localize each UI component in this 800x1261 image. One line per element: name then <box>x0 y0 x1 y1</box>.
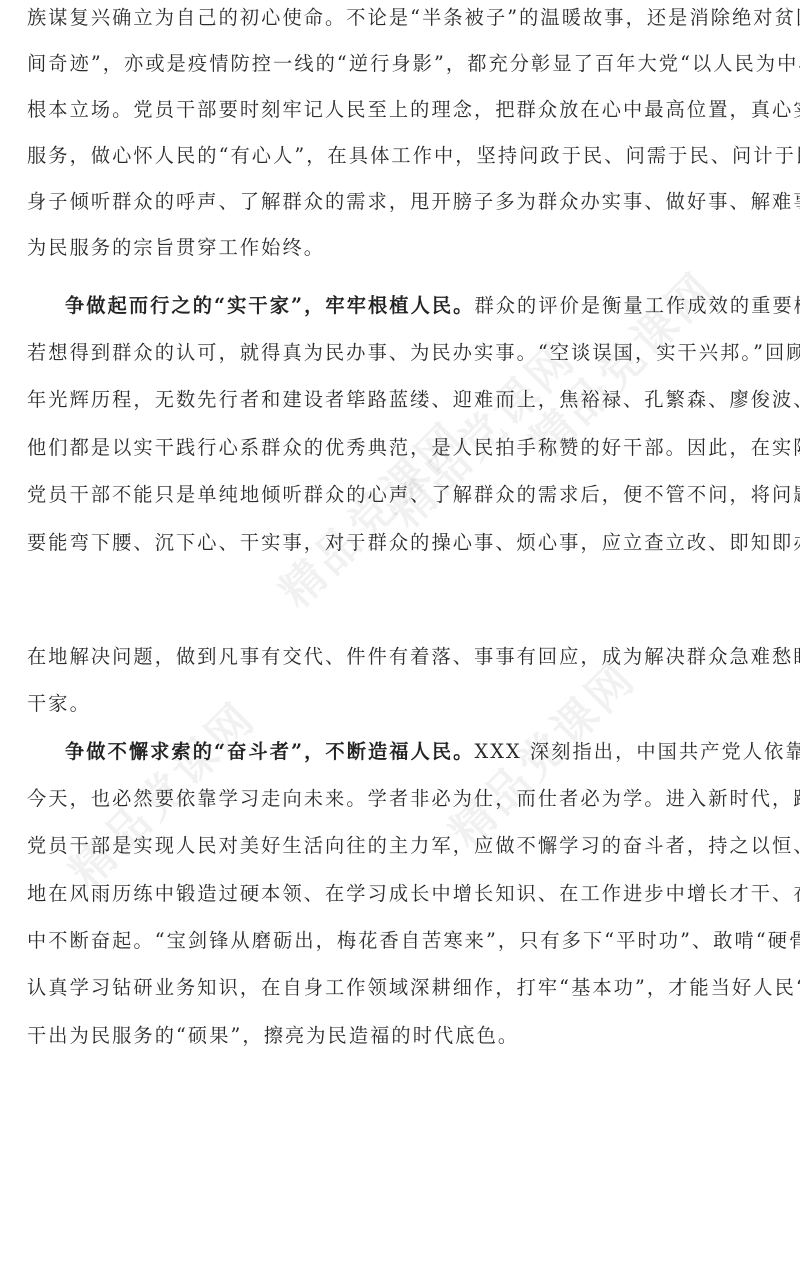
paragraph-line: 干出为民服务的“硕果”，擦亮为民造福的时代底色。 <box>27 1024 773 1048</box>
paragraph-line: 地在风雨历练中锻造过硬本领、在学习成长中增长知识、在工作进步中增长才干、在挫折磨… <box>27 882 773 906</box>
paragraph-line: 族谋复兴确立为自己的初心使命。不论是“半条被子”的温暖故事，还是消除绝对贫困的“… <box>27 6 773 30</box>
paragraph-first-line: 争做起而行之的“实干家”，牢牢根植人民。群众的评价是衡量工作成效的重要标尺，而 <box>65 294 773 318</box>
section-heading: 争做不懈求索的“奋斗者”，不断造福人民。 <box>65 740 474 763</box>
paragraph-line: 今天，也必然要依靠学习走向未来。学者非必为仕，而仕者必为学。进入新时代，踏上新征… <box>27 787 773 811</box>
paragraph-line: 干家。 <box>27 692 773 716</box>
paragraph-line: 党员干部不能只是单纯地倾听群众的心声、了解群众的需求后，便不管不问，将问题束之高… <box>27 483 773 507</box>
paragraph-line: 认真学习钻研业务知识，在自身工作领域深耕细作，打牢“基本功”，才能当好人民“服务… <box>27 976 773 1000</box>
section-heading: 争做起而行之的“实干家”，牢牢根植人民。 <box>65 294 474 317</box>
paragraph-line: 为民服务的宗旨贯穿工作始终。 <box>27 236 773 260</box>
paragraph-line: 若想得到群众的认可，就得真为民办事、为民办实事。“空谈误国，实干兴邦。”回顾党的… <box>27 341 773 365</box>
paragraph-line: 中不断奋起。“宝剑锋从磨砺出，梅花香自苦寒来”，只有多下“平时功”、敢啃“硬骨头… <box>27 929 773 953</box>
paragraph-line: 服务，做心怀人民的“有心人”，在具体工作中，坚持问政于民、问需于民、问计于民，扑… <box>27 144 773 168</box>
paragraph-first-line: 争做不懈求索的“奋斗者”，不断造福人民。XXX 深刻指出，中国共产党人依靠学习走… <box>65 740 773 764</box>
paragraph-text: XXX 深刻指出，中国共产党人依靠学习走到 <box>474 740 800 763</box>
paragraph-line: 身子倾听群众的呼声、了解群众的需求，甩开膀子多为群众办实事、做好事、解难事，自觉… <box>27 190 773 214</box>
paragraph-line: 间奇迹”，亦或是疫情防控一线的“逆行身影”，都充分彰显了百年大党“以人民为中心”… <box>27 52 773 76</box>
paragraph-text: 群众的评价是衡量工作成效的重要标尺，而 <box>474 294 800 317</box>
paragraph-line: 在地解决问题，做到凡事有交代、件件有着落、事事有回应，成为解决群众急难愁盼问题的… <box>27 645 773 669</box>
paragraph-line: 年光辉历程，无数先行者和建设者筚路蓝缕、迎难而上，焦裕禄、孔繁森、廖俊波、黄文秀… <box>27 388 773 412</box>
paragraph-line: 根本立场。党员干部要时刻牢记人民至上的理念，把群众放在心中最高位置，真心实意为群… <box>27 98 773 122</box>
paragraph-line: 要能弯下腰、沉下心、干实事，对于群众的操心事、烦心事，应立查立改、即知即办，实实… <box>27 531 773 555</box>
paragraph-line: 他们都是以实干践行心系群众的优秀典范，是人民拍手称赞的好干部。因此，在实际工作中… <box>27 436 773 460</box>
paragraph-line: 党员干部是实现人民对美好生活向往的主力军，应做不懈学习的奋斗者，持之以恒、孜孜不… <box>27 834 773 858</box>
document-page: 精品党课网 精品党课网 精品党课网 精品党课网 精品党课网 族谋复兴确立为自己的… <box>0 0 800 1261</box>
